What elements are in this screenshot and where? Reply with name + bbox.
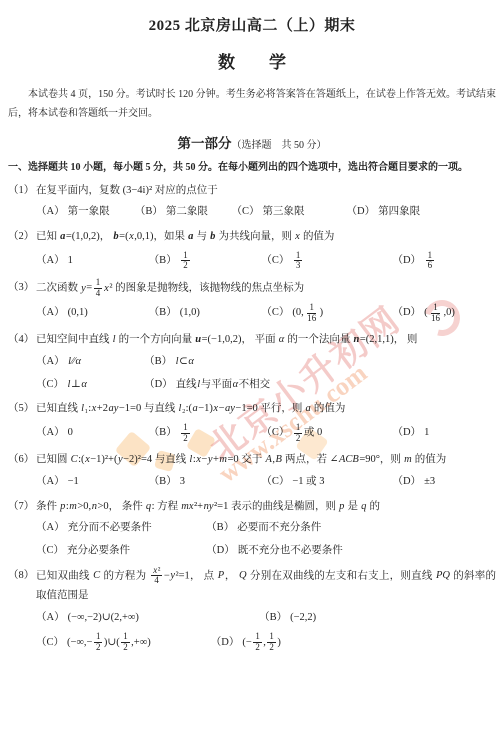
option-text: 1 bbox=[68, 253, 73, 269]
question-text: 条件 p:m>0,n>0， 条件 q: 方程 mx²+ny²=1 表示的曲线是椭… bbox=[36, 497, 496, 516]
option-label: （A） bbox=[36, 204, 65, 220]
option-B: （B）第二象限 bbox=[135, 204, 232, 220]
option-row: （A）充分而不必要条件（B）必要而不充分条件 bbox=[8, 520, 496, 536]
option-text: l∕∕α bbox=[68, 354, 82, 370]
option-label: （A） bbox=[36, 425, 65, 441]
option-D: （D）(−12,12) bbox=[211, 632, 281, 653]
option-label: （A） bbox=[36, 354, 65, 370]
option-label: （C） bbox=[261, 305, 289, 321]
option-label: （B） bbox=[149, 253, 177, 269]
option-row: （C）l⊥α（D）直线 l 与平面 α 不相交 bbox=[8, 377, 496, 393]
option-text: 12 bbox=[180, 423, 191, 444]
option-label: （C） bbox=[261, 474, 289, 490]
question-6: （6）已知圆 C:(x−1)²+(y−2)²=4 与直线 l:x−y+m=0 交… bbox=[8, 450, 496, 489]
option-text: (−12,12) bbox=[242, 632, 280, 653]
option-label: （D） bbox=[392, 474, 421, 490]
question-stem: （5）已知直线 l₁:x+2ay−1=0 与直线 l₂:(a−1)x−ay−1=… bbox=[8, 399, 496, 418]
option-text: (0,116) bbox=[292, 303, 323, 324]
question-number: （2） bbox=[8, 227, 36, 246]
option-text: 第二象限 bbox=[166, 204, 208, 220]
option-C: （C）13 bbox=[261, 251, 392, 272]
option-row: （A）(0,1)（B）(1,0)（C）(0,116)（D）(116,0) bbox=[8, 303, 496, 324]
question-number: （4） bbox=[8, 330, 36, 349]
option-B: （B）l⊂α bbox=[144, 354, 194, 370]
option-D: （D）16 bbox=[392, 251, 435, 272]
option-label: （D） bbox=[211, 635, 240, 651]
option-label: （D） bbox=[206, 543, 235, 559]
option-D: （D）(116,0) bbox=[392, 303, 454, 324]
option-row: （A）0（B）12（C）12 或 0（D）1 bbox=[8, 423, 496, 444]
option-text: 第四象限 bbox=[378, 204, 420, 220]
question-text: 在复平面内，复数 (3−4i)² 对应的点位于 bbox=[36, 181, 496, 200]
exam-intro: 本试卷共 4 页，150 分。考试时长 120 分钟。考生务必将答案答在答题纸上… bbox=[8, 86, 496, 123]
option-A: （A）−1 bbox=[36, 474, 149, 490]
option-text: 第一象限 bbox=[68, 204, 110, 220]
question-number: （5） bbox=[8, 399, 36, 418]
option-A: （A）l∕∕α bbox=[36, 354, 144, 370]
option-text: −1 bbox=[68, 474, 79, 490]
question-number: （1） bbox=[8, 181, 36, 200]
option-A: （A）第一象限 bbox=[36, 204, 135, 220]
question-8: （8）已知双曲线 C 的方程为 x²4−y²=1， 点 P， Q 分别在双曲线的… bbox=[8, 566, 496, 653]
option-A: （A）0 bbox=[36, 425, 149, 441]
option-A: （A）(0,1) bbox=[36, 305, 149, 321]
section-heading: 第一部分（选择题 共 50 分） bbox=[8, 132, 496, 153]
option-label: （D） bbox=[346, 204, 375, 220]
subject-title: 数 学 bbox=[8, 48, 496, 73]
question-stem: （3）二次函数 y=14x² 的图象是抛物线，该抛物线的焦点坐标为 bbox=[8, 278, 496, 299]
option-label: （B） bbox=[149, 305, 177, 321]
option-text: 3 bbox=[180, 474, 185, 490]
option-B: （B）(1,0) bbox=[149, 305, 262, 321]
option-row: （A）(−∞,−2)∪(2,+∞)（B）(−2,2) bbox=[8, 610, 496, 626]
option-D: （D）1 bbox=[392, 425, 429, 441]
option-label: （D） bbox=[392, 253, 421, 269]
option-C: （C）充分必要条件 bbox=[36, 543, 206, 559]
question-stem: （1）在复平面内，复数 (3−4i)² 对应的点位于 bbox=[8, 181, 496, 200]
option-label: （C） bbox=[261, 253, 289, 269]
question-2: （2）已知 a=(1,0,2)， b=(x,0,1)，如果 a 与 b 为共线向… bbox=[8, 227, 496, 271]
option-C: （C）(−∞,−12)∪(12,+∞) bbox=[36, 632, 211, 653]
option-row: （C）充分必要条件（D）既不充分也不必要条件 bbox=[8, 543, 496, 559]
question-number: （6） bbox=[8, 450, 36, 469]
option-B: （B）12 bbox=[149, 423, 262, 444]
question-3: （3）二次函数 y=14x² 的图象是抛物线，该抛物线的焦点坐标为（A）(0,1… bbox=[8, 278, 496, 323]
question-number: （8） bbox=[8, 566, 36, 606]
option-text: (−2,2) bbox=[290, 610, 316, 626]
option-A: （A）1 bbox=[36, 253, 149, 269]
option-label: （C） bbox=[36, 635, 64, 651]
option-text: (116,0) bbox=[424, 303, 455, 324]
question-4: （4）已知空间中直线 l 的一个方向向量 u=(−1,0,2)， 平面 α 的一… bbox=[8, 330, 496, 392]
option-text: l⊂α bbox=[175, 354, 194, 370]
option-text: −1 或 3 bbox=[292, 474, 324, 490]
option-B: （B）(−2,2) bbox=[259, 610, 316, 626]
option-B: （B）必要而不充分条件 bbox=[206, 520, 321, 536]
option-C: （C）12 或 0 bbox=[261, 423, 392, 444]
option-D: （D）既不充分也不必要条件 bbox=[206, 543, 343, 559]
option-text: (0,1) bbox=[68, 305, 88, 321]
option-text: 既不充分也不必要条件 bbox=[238, 543, 343, 559]
question-text: 二次函数 y=14x² 的图象是抛物线，该抛物线的焦点坐标为 bbox=[36, 278, 496, 299]
option-B: （B）3 bbox=[149, 474, 262, 490]
option-text: (−∞,−2)∪(2,+∞) bbox=[68, 610, 139, 626]
exam-page: 北京小升初网 www.xschu.com 2025 北京房山高二（上）期末 数 … bbox=[0, 0, 504, 730]
option-text: l⊥α bbox=[67, 377, 87, 393]
option-label: （C） bbox=[36, 543, 64, 559]
question-text: 已知直线 l₁:x+2ay−1=0 与直线 l₂:(a−1)x−ay−1=0 平… bbox=[36, 399, 496, 418]
exam-content: 2025 北京房山高二（上）期末 数 学 本试卷共 4 页，150 分。考试时长… bbox=[8, 14, 496, 653]
option-row: （A）第一象限（B）第二象限（C）第三象限（D）第四象限 bbox=[8, 204, 496, 220]
option-text: (1,0) bbox=[180, 305, 200, 321]
option-label: （B） bbox=[206, 520, 234, 536]
option-A: （A）(−∞,−2)∪(2,+∞) bbox=[36, 610, 259, 626]
question-text: 已知双曲线 C 的方程为 x²4−y²=1， 点 P， Q 分别在双曲线的左支和… bbox=[36, 566, 496, 606]
option-label: （D） bbox=[392, 305, 421, 321]
option-C: （C）−1 或 3 bbox=[261, 474, 392, 490]
option-C: （C）l⊥α bbox=[36, 377, 144, 393]
option-label: （C） bbox=[36, 377, 64, 393]
option-text: 充分而不必要条件 bbox=[68, 520, 152, 536]
option-text: 0 bbox=[68, 425, 73, 441]
question-number: （3） bbox=[8, 278, 36, 299]
option-D: （D）第四象限 bbox=[346, 204, 420, 220]
option-label: （B） bbox=[149, 425, 177, 441]
question-text: 已知空间中直线 l 的一个方向向量 u=(−1,0,2)， 平面 α 的一个法向… bbox=[36, 330, 496, 349]
question-number: （7） bbox=[8, 497, 36, 516]
option-label: （B） bbox=[259, 610, 287, 626]
option-B: （B）12 bbox=[149, 251, 262, 272]
option-text: 13 bbox=[292, 251, 303, 272]
option-D: （D）±3 bbox=[392, 474, 435, 490]
option-label: （A） bbox=[36, 520, 65, 536]
option-text: 直线 l 与平面 α 不相交 bbox=[176, 377, 270, 393]
question-7: （7）条件 p:m>0,n>0， 条件 q: 方程 mx²+ny²=1 表示的曲… bbox=[8, 497, 496, 559]
question-text: 已知圆 C:(x−1)²+(y−2)²=4 与直线 l:x−y+m=0 交于 A… bbox=[36, 450, 496, 469]
option-A: （A）充分而不必要条件 bbox=[36, 520, 206, 536]
question-stem: （8）已知双曲线 C 的方程为 x²4−y²=1， 点 P， Q 分别在双曲线的… bbox=[8, 566, 496, 606]
option-text: 第三象限 bbox=[263, 204, 305, 220]
option-row: （A）l∕∕α（B）l⊂α bbox=[8, 354, 496, 370]
option-C: （C）(0,116) bbox=[261, 303, 392, 324]
directions: 一、选择题共 10 小题，每小题 5 分，共 50 分。在每小题列出的四个选项中… bbox=[8, 160, 496, 176]
option-label: （A） bbox=[36, 305, 65, 321]
question-stem: （2）已知 a=(1,0,2)， b=(x,0,1)，如果 a 与 b 为共线向… bbox=[8, 227, 496, 246]
question-5: （5）已知直线 l₁:x+2ay−1=0 与直线 l₂:(a−1)x−ay−1=… bbox=[8, 399, 496, 443]
question-list: （1）在复平面内，复数 (3−4i)² 对应的点位于（A）第一象限（B）第二象限… bbox=[8, 181, 496, 653]
option-D: （D）直线 l 与平面 α 不相交 bbox=[144, 377, 270, 393]
section-subtitle: （选择题 共 50 分） bbox=[232, 140, 327, 151]
option-text: 1 bbox=[424, 425, 429, 441]
option-row: （A）1（B）12（C）13（D）16 bbox=[8, 251, 496, 272]
section-title: 第一部分 bbox=[178, 136, 232, 151]
question-stem: （4）已知空间中直线 l 的一个方向向量 u=(−1,0,2)， 平面 α 的一… bbox=[8, 330, 496, 349]
question-stem: （6）已知圆 C:(x−1)²+(y−2)²=4 与直线 l:x−y+m=0 交… bbox=[8, 450, 496, 469]
question-stem: （7）条件 p:m>0,n>0， 条件 q: 方程 mx²+ny²=1 表示的曲… bbox=[8, 497, 496, 516]
option-text: 12 或 0 bbox=[292, 423, 322, 444]
option-label: （C） bbox=[261, 425, 289, 441]
option-label: （D） bbox=[144, 377, 173, 393]
option-text: 12 bbox=[180, 251, 191, 272]
option-label: （D） bbox=[392, 425, 421, 441]
option-label: （A） bbox=[36, 253, 65, 269]
option-text: 16 bbox=[424, 251, 435, 272]
option-row: （C）(−∞,−12)∪(12,+∞)（D）(−12,12) bbox=[8, 632, 496, 653]
question-1: （1）在复平面内，复数 (3−4i)² 对应的点位于（A）第一象限（B）第二象限… bbox=[8, 181, 496, 220]
option-text: 必要而不充分条件 bbox=[237, 520, 321, 536]
option-text: (−∞,−12)∪(12,+∞) bbox=[67, 632, 151, 653]
option-C: （C）第三象限 bbox=[231, 204, 346, 220]
option-text: 充分必要条件 bbox=[67, 543, 130, 559]
option-label: （A） bbox=[36, 610, 65, 626]
page-title: 2025 北京房山高二（上）期末 bbox=[8, 14, 496, 35]
option-text: ±3 bbox=[424, 474, 435, 490]
option-label: （B） bbox=[144, 354, 172, 370]
option-label: （C） bbox=[231, 204, 259, 220]
option-label: （B） bbox=[149, 474, 177, 490]
option-row: （A）−1（B）3（C）−1 或 3（D）±3 bbox=[8, 474, 496, 490]
option-label: （A） bbox=[36, 474, 65, 490]
option-label: （B） bbox=[135, 204, 163, 220]
question-text: 已知 a=(1,0,2)， b=(x,0,1)，如果 a 与 b 为共线向量，则… bbox=[36, 227, 496, 246]
